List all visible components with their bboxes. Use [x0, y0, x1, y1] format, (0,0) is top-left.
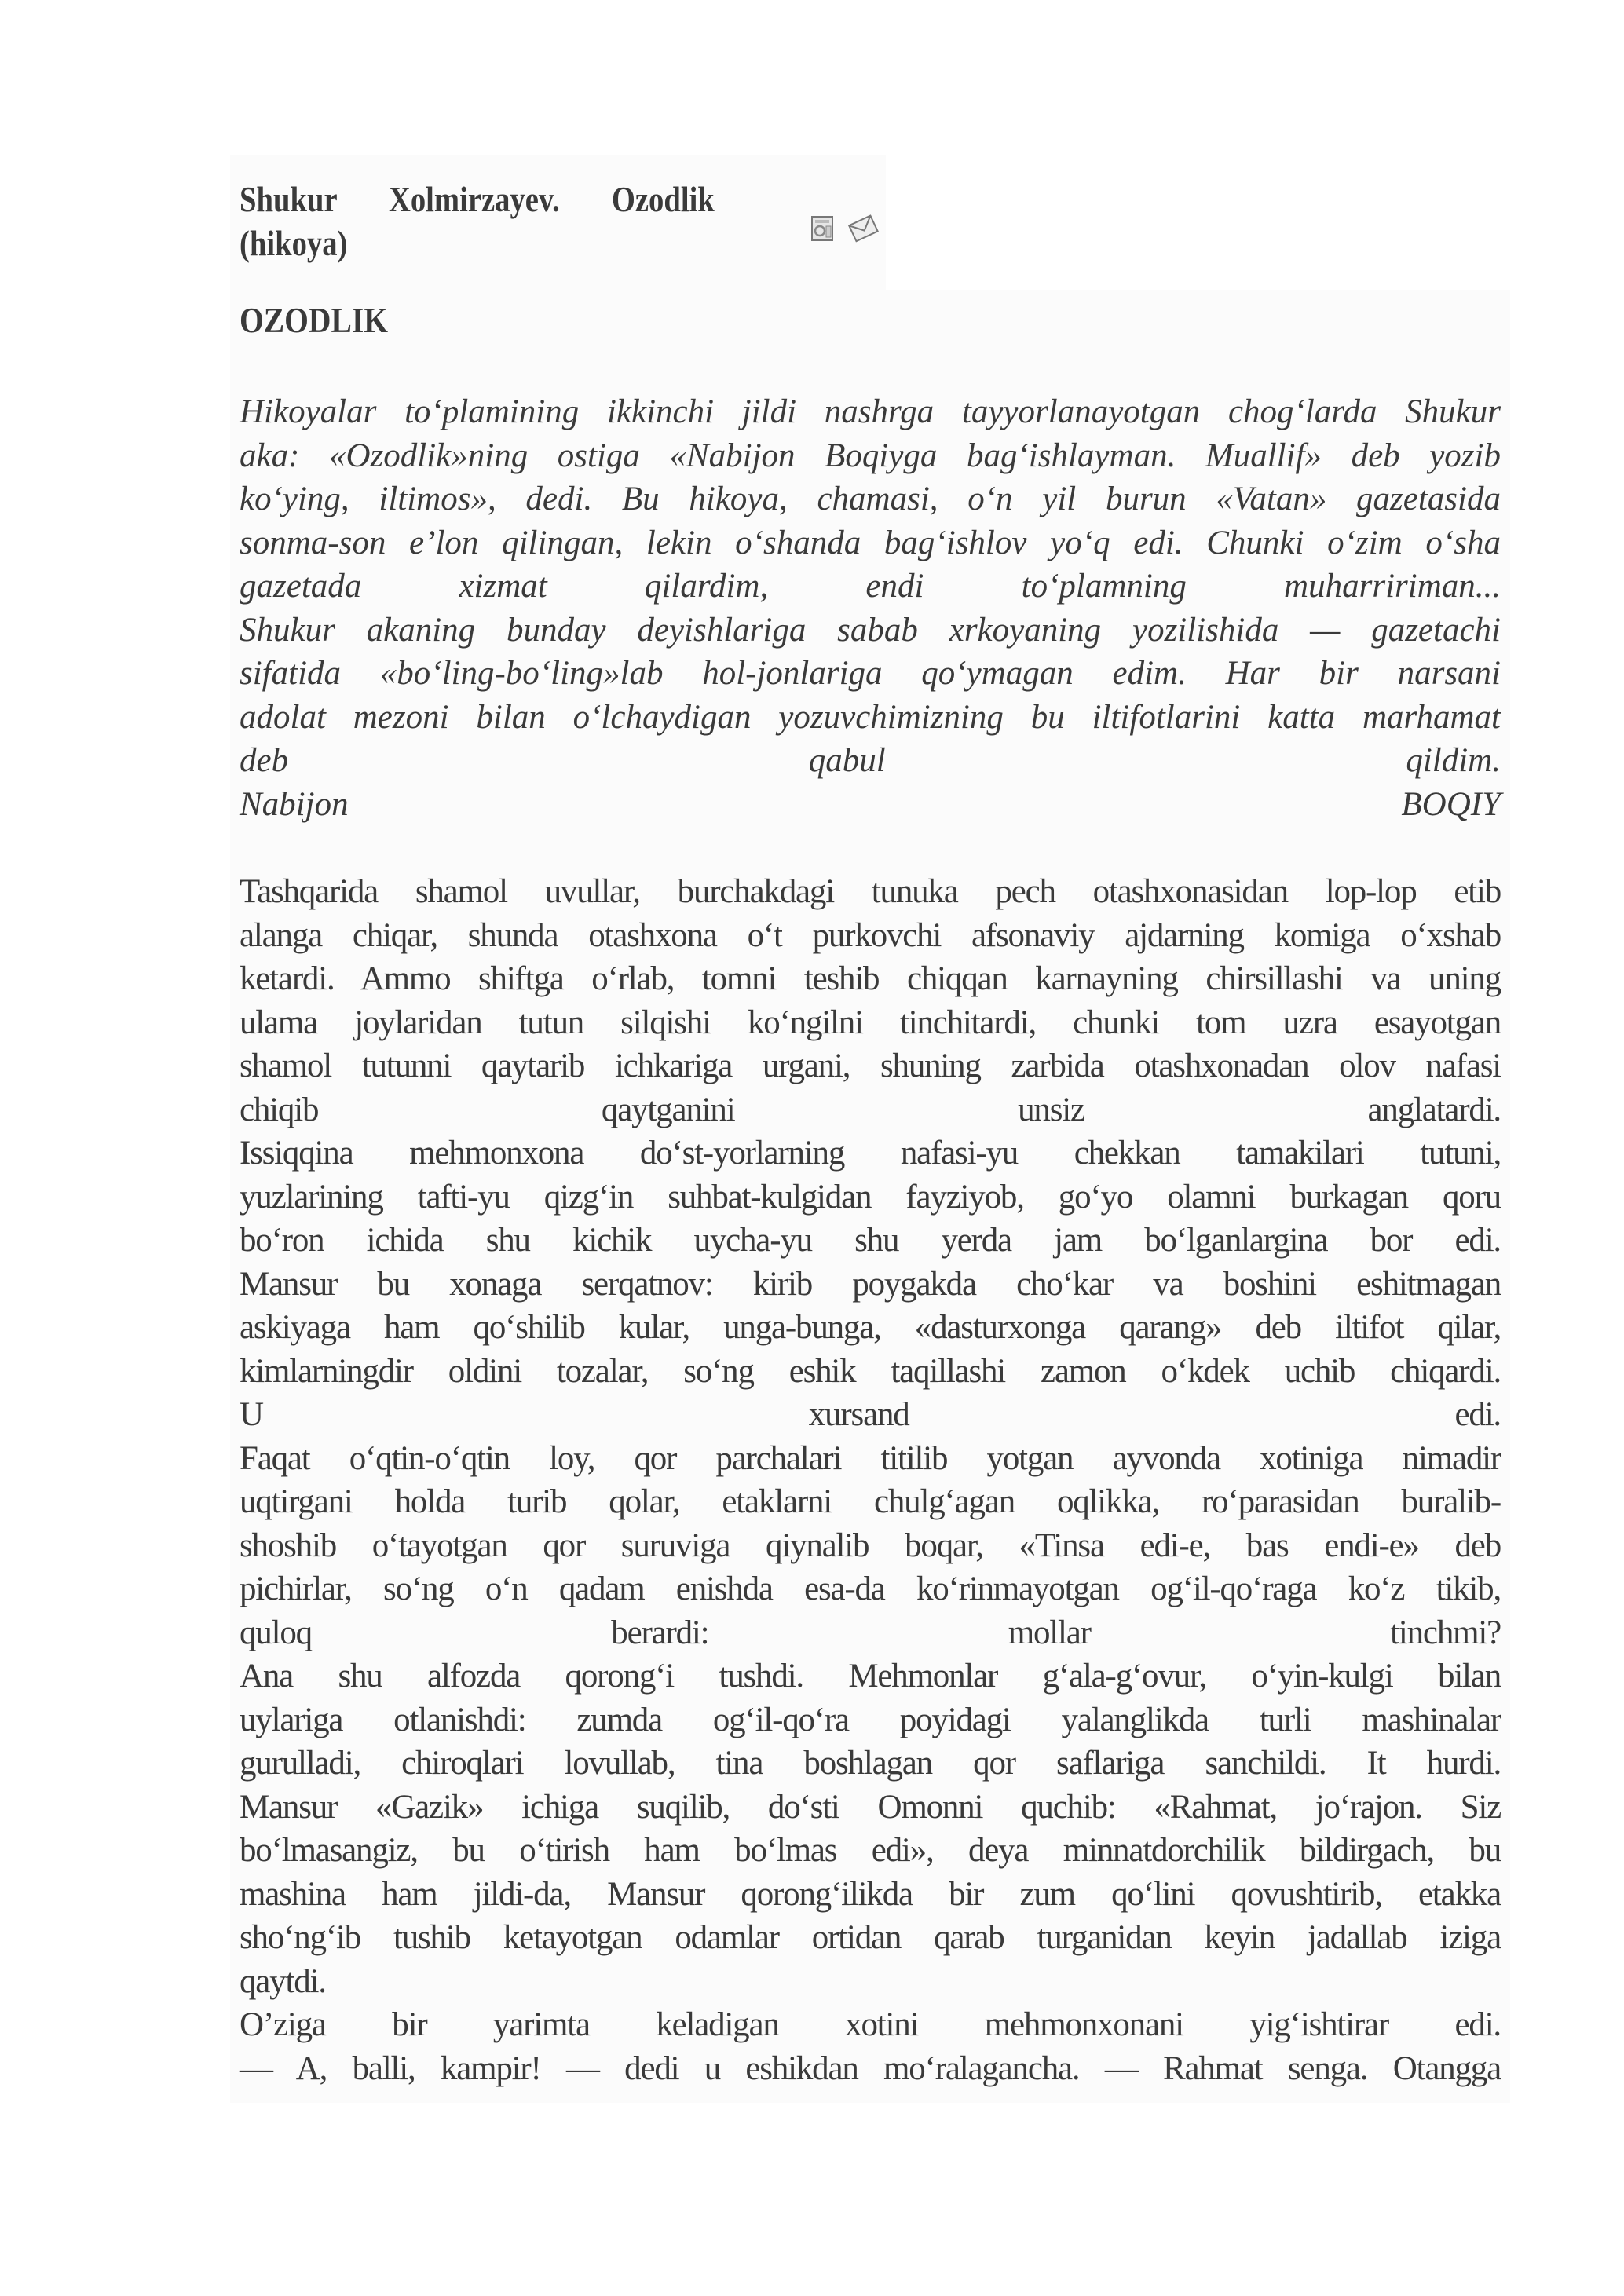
dedication-line: sonma-son e’lon qilingan, lekin o‘shanda… [240, 521, 1501, 565]
story-line: uqtirgani holda turib qolar, etaklarni c… [240, 1480, 1501, 1524]
story-line: chiqib qaytganini unsiz anglatardi. [240, 1088, 1501, 1132]
story-line: quloq berardi: mollar tinchmi? [240, 1611, 1501, 1655]
article-title-line-1: Shukur Xolmirzayev. Ozodlik [240, 177, 715, 221]
dedication-line: sifatida «bo‘ling-bo‘ling»lab hol-jonlar… [240, 652, 1501, 696]
dedication-line: aka: «Ozodlik»ning ostiga «Nabijon Boqiy… [240, 434, 1501, 478]
story-line: mashina ham jildi-da, Mansur qorong‘ilik… [240, 1873, 1501, 1917]
dedication-signature: Nabijon BOQIY [240, 783, 1501, 827]
story-line: Mansur «Gazik» ichiga suqilib, do‘sti Om… [240, 1786, 1501, 1830]
story-line: kimlarningdir oldini tozalar, so‘ng eshi… [240, 1350, 1501, 1394]
story-heading: OZODLIK [240, 298, 388, 342]
story-line: shoshib o‘tayotgan qor suruviga qiynalib… [240, 1524, 1501, 1568]
story-line: bo‘lmasangiz, bu o‘tirish ham bo‘lmas ed… [240, 1829, 1501, 1873]
dedication-line: adolat mezoni bilan o‘lchaydigan yozuvch… [240, 696, 1501, 740]
story-line: ketardi. Ammo shiftga o‘rlab, tomni tesh… [240, 957, 1501, 1001]
article-title: Shukur Xolmirzayev. Ozodlik (hikoya) [240, 177, 715, 265]
dedication-line: ko‘ying, iltimos», dedi. Bu hikoya, cham… [240, 477, 1501, 521]
story-line: sho‘ng‘ib tushib ketayotgan odamlar orti… [240, 1916, 1501, 1960]
dedication-paragraph: Hikoyalar to‘plamining ikkinchi jildi na… [240, 390, 1501, 826]
story-line: — A, balli, kampir! — dedi u eshikdan mo… [240, 2047, 1501, 2091]
story-line: Faqat o‘qtin-o‘qtin loy, qor parchalari … [240, 1437, 1501, 1481]
story-line: gurulladi, chiroqlari lovullab, tina bos… [240, 1742, 1501, 1786]
story-line: bo‘ron ichida shu kichik uycha-yu shu ye… [240, 1219, 1501, 1263]
story-line: askiyaga ham qo‘shilib kular, unga-bunga… [240, 1306, 1501, 1350]
story-line: ulama joylaridan tutun silqishi ko‘ngiln… [240, 1001, 1501, 1045]
dedication-line: Hikoyalar to‘plamining ikkinchi jildi na… [240, 390, 1501, 434]
dedication-line: Shukur akaning bunday deyishlariga sabab… [240, 609, 1501, 653]
story-line: Issiqqina mehmonxona do‘st-yorlarning na… [240, 1132, 1501, 1175]
story-line: Mansur bu xonaga serqatnov: kirib poygak… [240, 1263, 1501, 1307]
article-actions [807, 212, 878, 243]
story-text: Tashqarida shamol uvullar, burchakdagi t… [240, 870, 1501, 2090]
story-line: alanga chiqar, shunda otashxona o‘t purk… [240, 914, 1501, 958]
dedication-line: gazetada xizmat qilardim, endi to‘plamni… [240, 565, 1501, 609]
story-line: shamol tutunni qaytarib ichkariga urgani… [240, 1044, 1501, 1088]
story-line: Ana shu alfozda qorong‘i tushdi. Mehmonl… [240, 1654, 1501, 1698]
dedication-line: deb qabul qildim. [240, 739, 1501, 783]
story-line: O’ziga bir yarimta keladigan xotini mehm… [240, 2003, 1501, 2047]
story-line: U xursand edi. [240, 1393, 1501, 1437]
story-line: Tashqarida shamol uvullar, burchakdagi t… [240, 870, 1501, 914]
article-title-line-2: (hikoya) [240, 221, 715, 265]
story-line: pichirlar, so‘ng o‘n qadam enishda esa-d… [240, 1567, 1501, 1611]
story-line: yuzlarining tafti-yu qizg‘in suhbat-kulg… [240, 1175, 1501, 1219]
print-icon[interactable] [807, 212, 839, 243]
story-line: uylariga otlanishdi: zumda og‘il-qo‘ra p… [240, 1698, 1501, 1742]
story-line: qaytdi. [240, 1960, 1501, 2004]
email-icon[interactable] [847, 212, 878, 243]
